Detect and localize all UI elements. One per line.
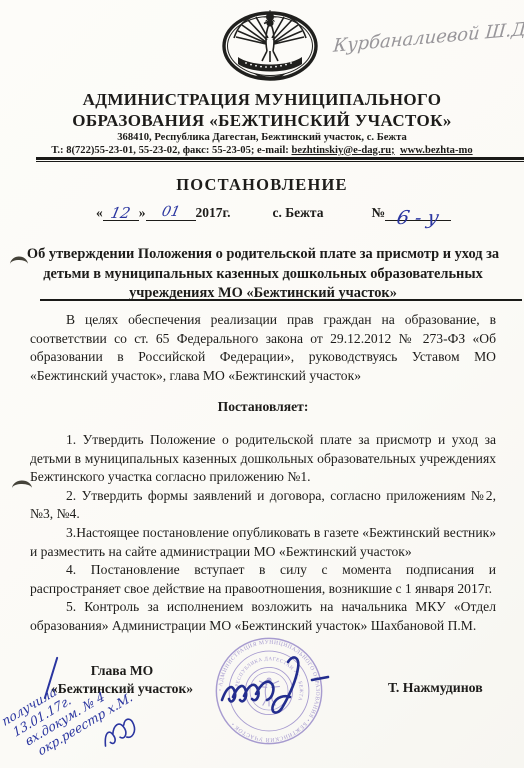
signer-name: Т. Нажмудинов xyxy=(388,680,483,696)
number-blank: 6 - у xyxy=(385,204,451,221)
open-quote: « xyxy=(96,205,103,220)
place-label: с. Бежта xyxy=(272,205,323,220)
scanned-document-page: Курбаналиевой Ш.Д., АДМИНИСТРАЦИЯ МУНИЦИ… xyxy=(0,0,524,768)
resolution-item-2: 2. Утвердить формы заявлений и договора,… xyxy=(30,487,496,524)
contact-phones: Т.: 8(722)55-23-01, 55-23-02, факс: 55-2… xyxy=(51,145,291,156)
handwritten-month: 01 xyxy=(160,204,181,220)
handwritten-day: 12 xyxy=(109,204,132,222)
org-name-line1: АДМИНИСТРАЦИЯ МУНИЦИПАЛЬНОГО xyxy=(0,90,524,110)
month-blank: 01 xyxy=(146,204,196,221)
dagestan-coat-of-arms-icon xyxy=(214,4,326,86)
org-address: 368410, Республика Дагестан, Бежтинский … xyxy=(0,132,524,143)
header-divider xyxy=(36,157,524,164)
document-type-title: ПОСТАНОВЛЕНИЕ xyxy=(0,175,524,195)
hole-punch-mark xyxy=(10,477,34,493)
website-link: www.bezhta-mo xyxy=(400,145,473,156)
resolution-item-4: 4. Постановление вступает в силу с момен… xyxy=(30,561,496,598)
preamble-paragraph: В целях обеспечения реализации прав граж… xyxy=(30,311,496,385)
resolves-label: Постановляет: xyxy=(30,398,496,417)
document-subject: Об утверждении Положения о родительской … xyxy=(26,245,500,304)
head-signature-scrawl xyxy=(216,648,346,728)
resolution-item-3: 3.Настоящее постановление опубликовать в… xyxy=(30,524,496,561)
resolution-item-5: 5. Контроль за исполнением возложить на … xyxy=(30,598,496,635)
hole-punch-mark xyxy=(8,253,30,269)
resolution-item-1: 1. Утвердить Положение о родительской пл… xyxy=(30,431,496,487)
day-blank: 12 xyxy=(103,204,139,221)
subject-underline xyxy=(40,299,522,301)
handwritten-addressee-note: Курбаналиевой Ш.Д., xyxy=(332,18,524,57)
document-body: В целях обеспечения реализации прав граж… xyxy=(30,311,496,636)
org-name-line2: ОБРАЗОВАНИЯ «БЕЖТИНСКИЙ УЧАСТОК» xyxy=(0,111,524,131)
year-label: 2017г. xyxy=(196,205,231,220)
date-place-number-line: «12»012017г.с. Бежта№6 - у xyxy=(96,204,451,221)
close-quote: » xyxy=(139,205,146,220)
handwritten-doc-number: 6 - у xyxy=(395,207,441,229)
number-sign: № xyxy=(371,205,385,220)
email-link: bezhtinskiy@e-dag.ru; xyxy=(291,145,394,156)
org-contacts: Т.: 8(722)55-23-01, 55-23-02, факс: 55-2… xyxy=(0,145,524,156)
